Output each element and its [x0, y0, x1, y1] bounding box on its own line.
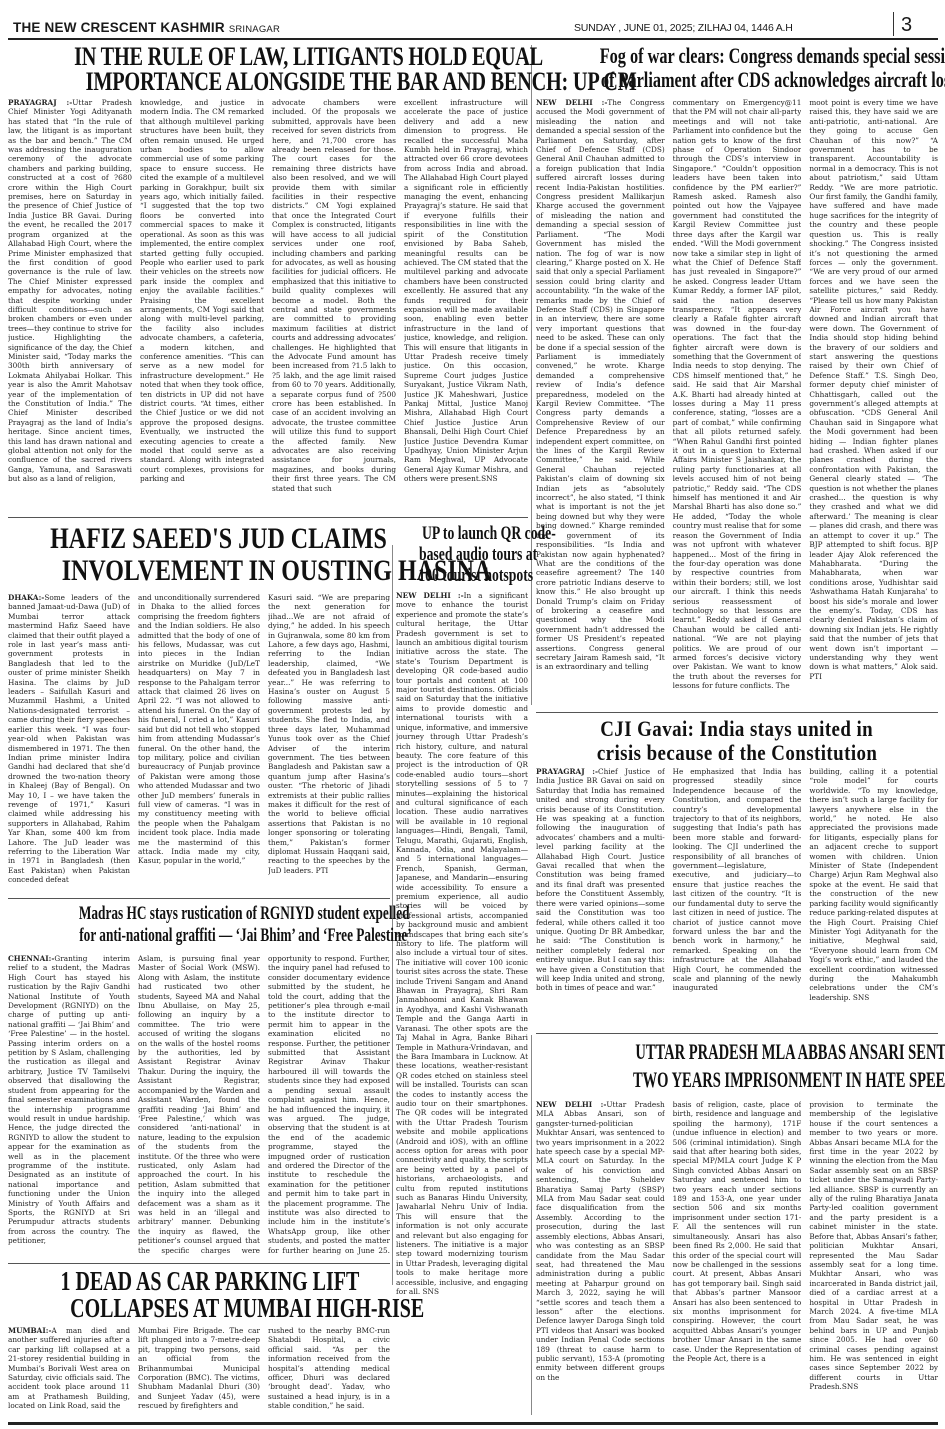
- story-rule-of-law: IN THE RULE OF LAW, LITIGANTS HOLD EQUAL…: [8, 44, 528, 504]
- story-column: advocate chambers were included. Of the …: [272, 98, 396, 503]
- story-column: opportunity to respond. Further, the inq…: [268, 954, 390, 1256]
- edition-city: SRINAGAR: [229, 24, 280, 35]
- headline: Madras HC stays rustication of RGNIYD st…: [8, 903, 390, 947]
- story-fog-of-war: Fog of war clears: Congress demands spec…: [536, 44, 938, 704]
- headline: HAFIZ SAEED'S JUD CLAIMS INVOLVEMENT IN …: [8, 523, 390, 587]
- paper-name: THE NEW CRESCENT KASHMIRSRINAGAR: [13, 20, 280, 35]
- story-hafiz-saeed: HAFIZ SAEED'S JUD CLAIMS INVOLVEMENT IN …: [8, 523, 390, 891]
- story-separator: [8, 898, 390, 899]
- story-body: CHENNAI:-Granting interim relief to a st…: [8, 954, 390, 1256]
- story-cji-gavai: CJI Gavai: India stays united in crisis …: [536, 717, 938, 1029]
- page-number-divider: [893, 12, 894, 36]
- story-column: building, calling it a potential “role m…: [809, 767, 938, 1029]
- story-madras-hc: Madras HC stays rustication of RGNIYD st…: [8, 903, 390, 1258]
- story-column: DHAKA:-Some leaders of the banned Jamaat…: [8, 593, 130, 891]
- story-separator: [8, 517, 528, 518]
- story-body: PRAYAGRAJ :-Chief Justice of India Justi…: [536, 767, 938, 1029]
- story-body: PRAYAGRAJ :-Uttar Pradesh Chief Minister…: [8, 98, 528, 503]
- story-column: PRAYAGRAJ :-Uttar Pradesh Chief Minister…: [8, 98, 132, 503]
- story-body: NEW DELHI :-The Congress accused the Mod…: [536, 98, 938, 702]
- story-separator: [8, 1263, 390, 1264]
- story-column: and unconditionally surrendered in Dhaka…: [138, 593, 260, 891]
- masthead: THE NEW CRESCENT KASHMIRSRINAGAR SUNDAY …: [8, 10, 938, 40]
- story-column: MUMBAI:-A man died and another suffered …: [8, 1326, 130, 1416]
- story-body: NEW DELHI :-Uttar Pradesh MLA Abbas Ansa…: [536, 1100, 938, 1415]
- story-mumbai-lift: 1 DEAD AS CAR PARKING LIFT COLLAPSES AT …: [8, 1268, 390, 1420]
- story-body: DHAKA:-Some leaders of the banned Jamaat…: [8, 593, 390, 891]
- headline: IN THE RULE OF LAW, LITIGANTS HOLD EQUAL…: [8, 44, 528, 94]
- column-divider: [531, 1035, 532, 1415]
- story-column: excellent infrastructure will accelerate…: [404, 98, 528, 503]
- story-column: Aslam, is pursuing final year Master of …: [138, 954, 260, 1256]
- issue-date: SUNDAY , JUNE 01, 2025; ZILHAJ 04, 1446 …: [574, 22, 793, 34]
- story-column: He emphasized that India has progressed …: [673, 767, 802, 1029]
- story-column: moot point is every time we have raised …: [809, 98, 938, 702]
- story-body: MUMBAI:-A man died and another suffered …: [8, 1326, 390, 1416]
- headline: 1 DEAD AS CAR PARKING LIFT COLLAPSES AT …: [8, 1268, 390, 1322]
- column-divider: [531, 45, 532, 705]
- story-column: commentary on Emergency@11 that the PM w…: [673, 98, 802, 702]
- story-qr-audio-tours: UP to launch QR code- based audio tours …: [396, 523, 528, 1423]
- page-bottom-rule: [8, 1422, 938, 1425]
- story-column: NEW DELHI :-Uttar Pradesh MLA Abbas Ansa…: [536, 1100, 665, 1415]
- story-column: PRAYAGRAJ :-Chief Justice of India Justi…: [536, 767, 665, 1029]
- headline: UTTAR PRADESH MLA ABBAS ANSARI SENTENCED…: [536, 1038, 938, 1094]
- story-column: provision to terminate the membership of…: [809, 1100, 938, 1415]
- headline: Fog of war clears: Congress demands spec…: [536, 44, 938, 92]
- story-column: knowledge, and justice in modern India. …: [140, 98, 264, 503]
- story-column: Kasuri said. “We are preparing the next …: [268, 593, 390, 891]
- story-column: rushed to the nearby BMC-run Shatabdi Ho…: [268, 1326, 390, 1416]
- story-separator: [536, 712, 938, 713]
- story-abbas-ansari: UTTAR PRADESH MLA ABBAS ANSARI SENTENCED…: [536, 1038, 938, 1418]
- page-number: 3: [901, 14, 912, 37]
- headline: CJI Gavai: India stays united in crisis …: [536, 717, 938, 765]
- story-column: NEW DELHI :-The Congress accused the Mod…: [536, 98, 665, 702]
- story-column: Mumbai Fire Brigade. The car lift plunge…: [138, 1326, 260, 1416]
- story-column: basis of religion, caste, place of birth…: [673, 1100, 802, 1415]
- story-separator: [536, 1033, 938, 1034]
- story-column: CHENNAI:-Granting interim relief to a st…: [8, 954, 130, 1256]
- headline: UP to launch QR code- based audio tours …: [396, 523, 528, 586]
